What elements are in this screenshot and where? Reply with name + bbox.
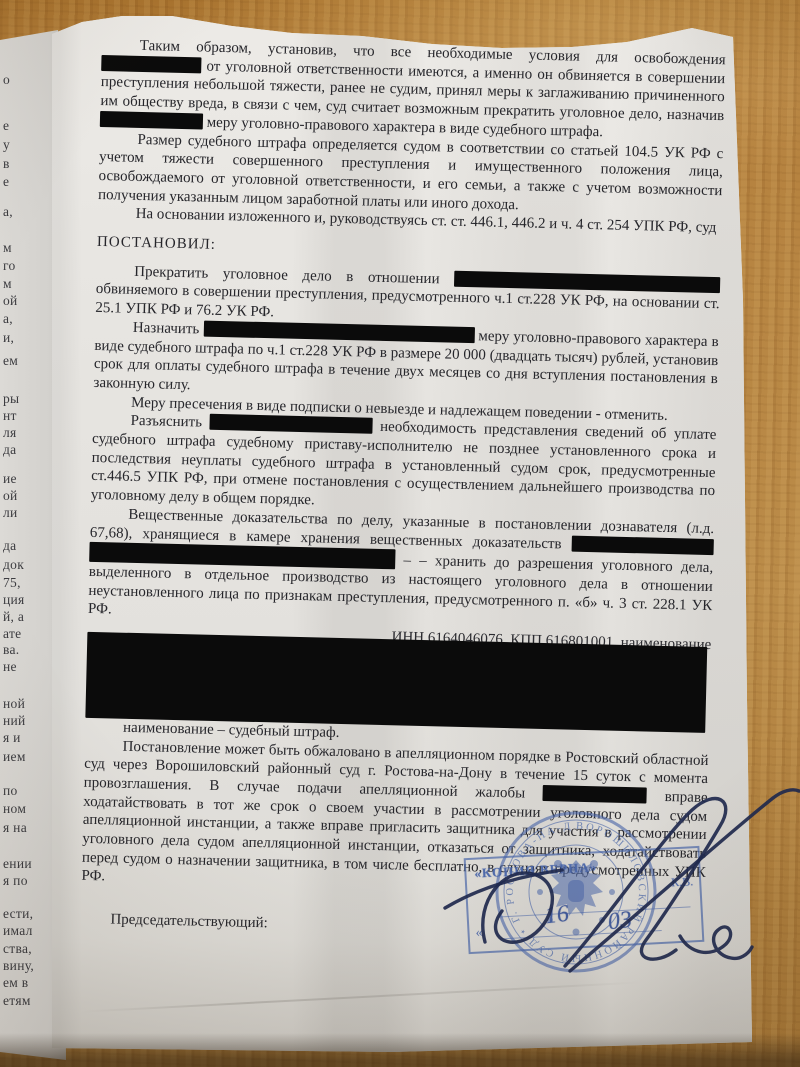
edge-fragment: ция xyxy=(3,592,25,608)
paragraph-conclusion: Таким образом, установив, что все необхо… xyxy=(100,36,726,145)
edge-fragment: е xyxy=(3,118,9,134)
redaction xyxy=(572,535,714,554)
redaction xyxy=(101,55,201,73)
edge-fragment: ной xyxy=(3,696,25,712)
edge-fragment: й, а xyxy=(3,609,24,625)
edge-fragment: и, xyxy=(3,330,14,346)
edge-fragment: ении xyxy=(3,856,32,872)
edge-fragment: ем в xyxy=(3,975,28,991)
edge-fragment: ний xyxy=(3,713,26,729)
edge-fragment: не xyxy=(3,659,17,675)
edge-fragment: ем xyxy=(3,353,18,369)
edge-fragment: ие xyxy=(3,471,17,487)
edge-fragment: ли xyxy=(3,505,18,521)
edge-fragment: етям xyxy=(3,993,31,1009)
edge-fragment: да xyxy=(3,442,16,458)
edge-fragment: а, xyxy=(3,311,13,327)
edge-fragment: о xyxy=(3,72,10,88)
edge-fragment: ате xyxy=(3,626,21,642)
seal-ring-text: ВОРОШИЛОВСКИЙ РАЙОННЫЙ СУД ⋆ Г. РОСТОВА-… xyxy=(430,780,647,964)
edge-fragment: м xyxy=(3,240,12,256)
edge-fragment: ой xyxy=(3,293,18,309)
edge-fragment: я и xyxy=(3,730,21,746)
edge-fragment: ства, xyxy=(3,941,32,957)
edge-fragment: ой xyxy=(3,488,18,504)
edge-fragment: 75, xyxy=(3,575,21,591)
edge-fragment: док xyxy=(3,557,24,573)
edge-fragment: нт xyxy=(3,408,17,424)
edge-fragment: го xyxy=(3,258,16,274)
edge-fragment: да xyxy=(3,538,16,554)
redaction xyxy=(454,270,720,292)
edge-fragment: имал xyxy=(3,923,33,939)
edge-fragment: я по xyxy=(3,873,28,889)
ruling-heading: ПОСТАНОВИЛ: xyxy=(97,233,721,267)
edge-fragment: а, xyxy=(3,204,13,220)
edge-fragment: ести, xyxy=(3,906,33,922)
edge-fragment: ва. xyxy=(3,642,19,658)
edge-fragment: в xyxy=(3,156,10,172)
edge-fragment: ном xyxy=(3,801,26,817)
seal-and-signature: ВОРОШИЛОВСКИЙ РАЙОННЫЙ СУД ⋆ Г. РОСТОВА-… xyxy=(430,780,800,1015)
redaction-block-payment-details xyxy=(85,632,707,733)
paragraph-explain-obligation: Разъяснить необходимость представления с… xyxy=(91,411,717,520)
edge-fragment: я на xyxy=(3,820,27,836)
edge-fragment: вину, xyxy=(3,958,34,974)
edge-fragment: ием xyxy=(3,749,26,765)
edge-fragment: по xyxy=(3,783,18,799)
redaction xyxy=(209,414,372,434)
edge-fragment: е xyxy=(3,174,9,190)
edge-fragment: м xyxy=(3,276,12,292)
redaction xyxy=(100,111,203,130)
edge-fragment: ля xyxy=(3,425,17,441)
edge-fragment: у xyxy=(3,137,10,153)
paragraph-evidence: Вещественные доказательства по делу, ука… xyxy=(88,505,715,634)
edge-fragment: ры xyxy=(3,391,19,407)
